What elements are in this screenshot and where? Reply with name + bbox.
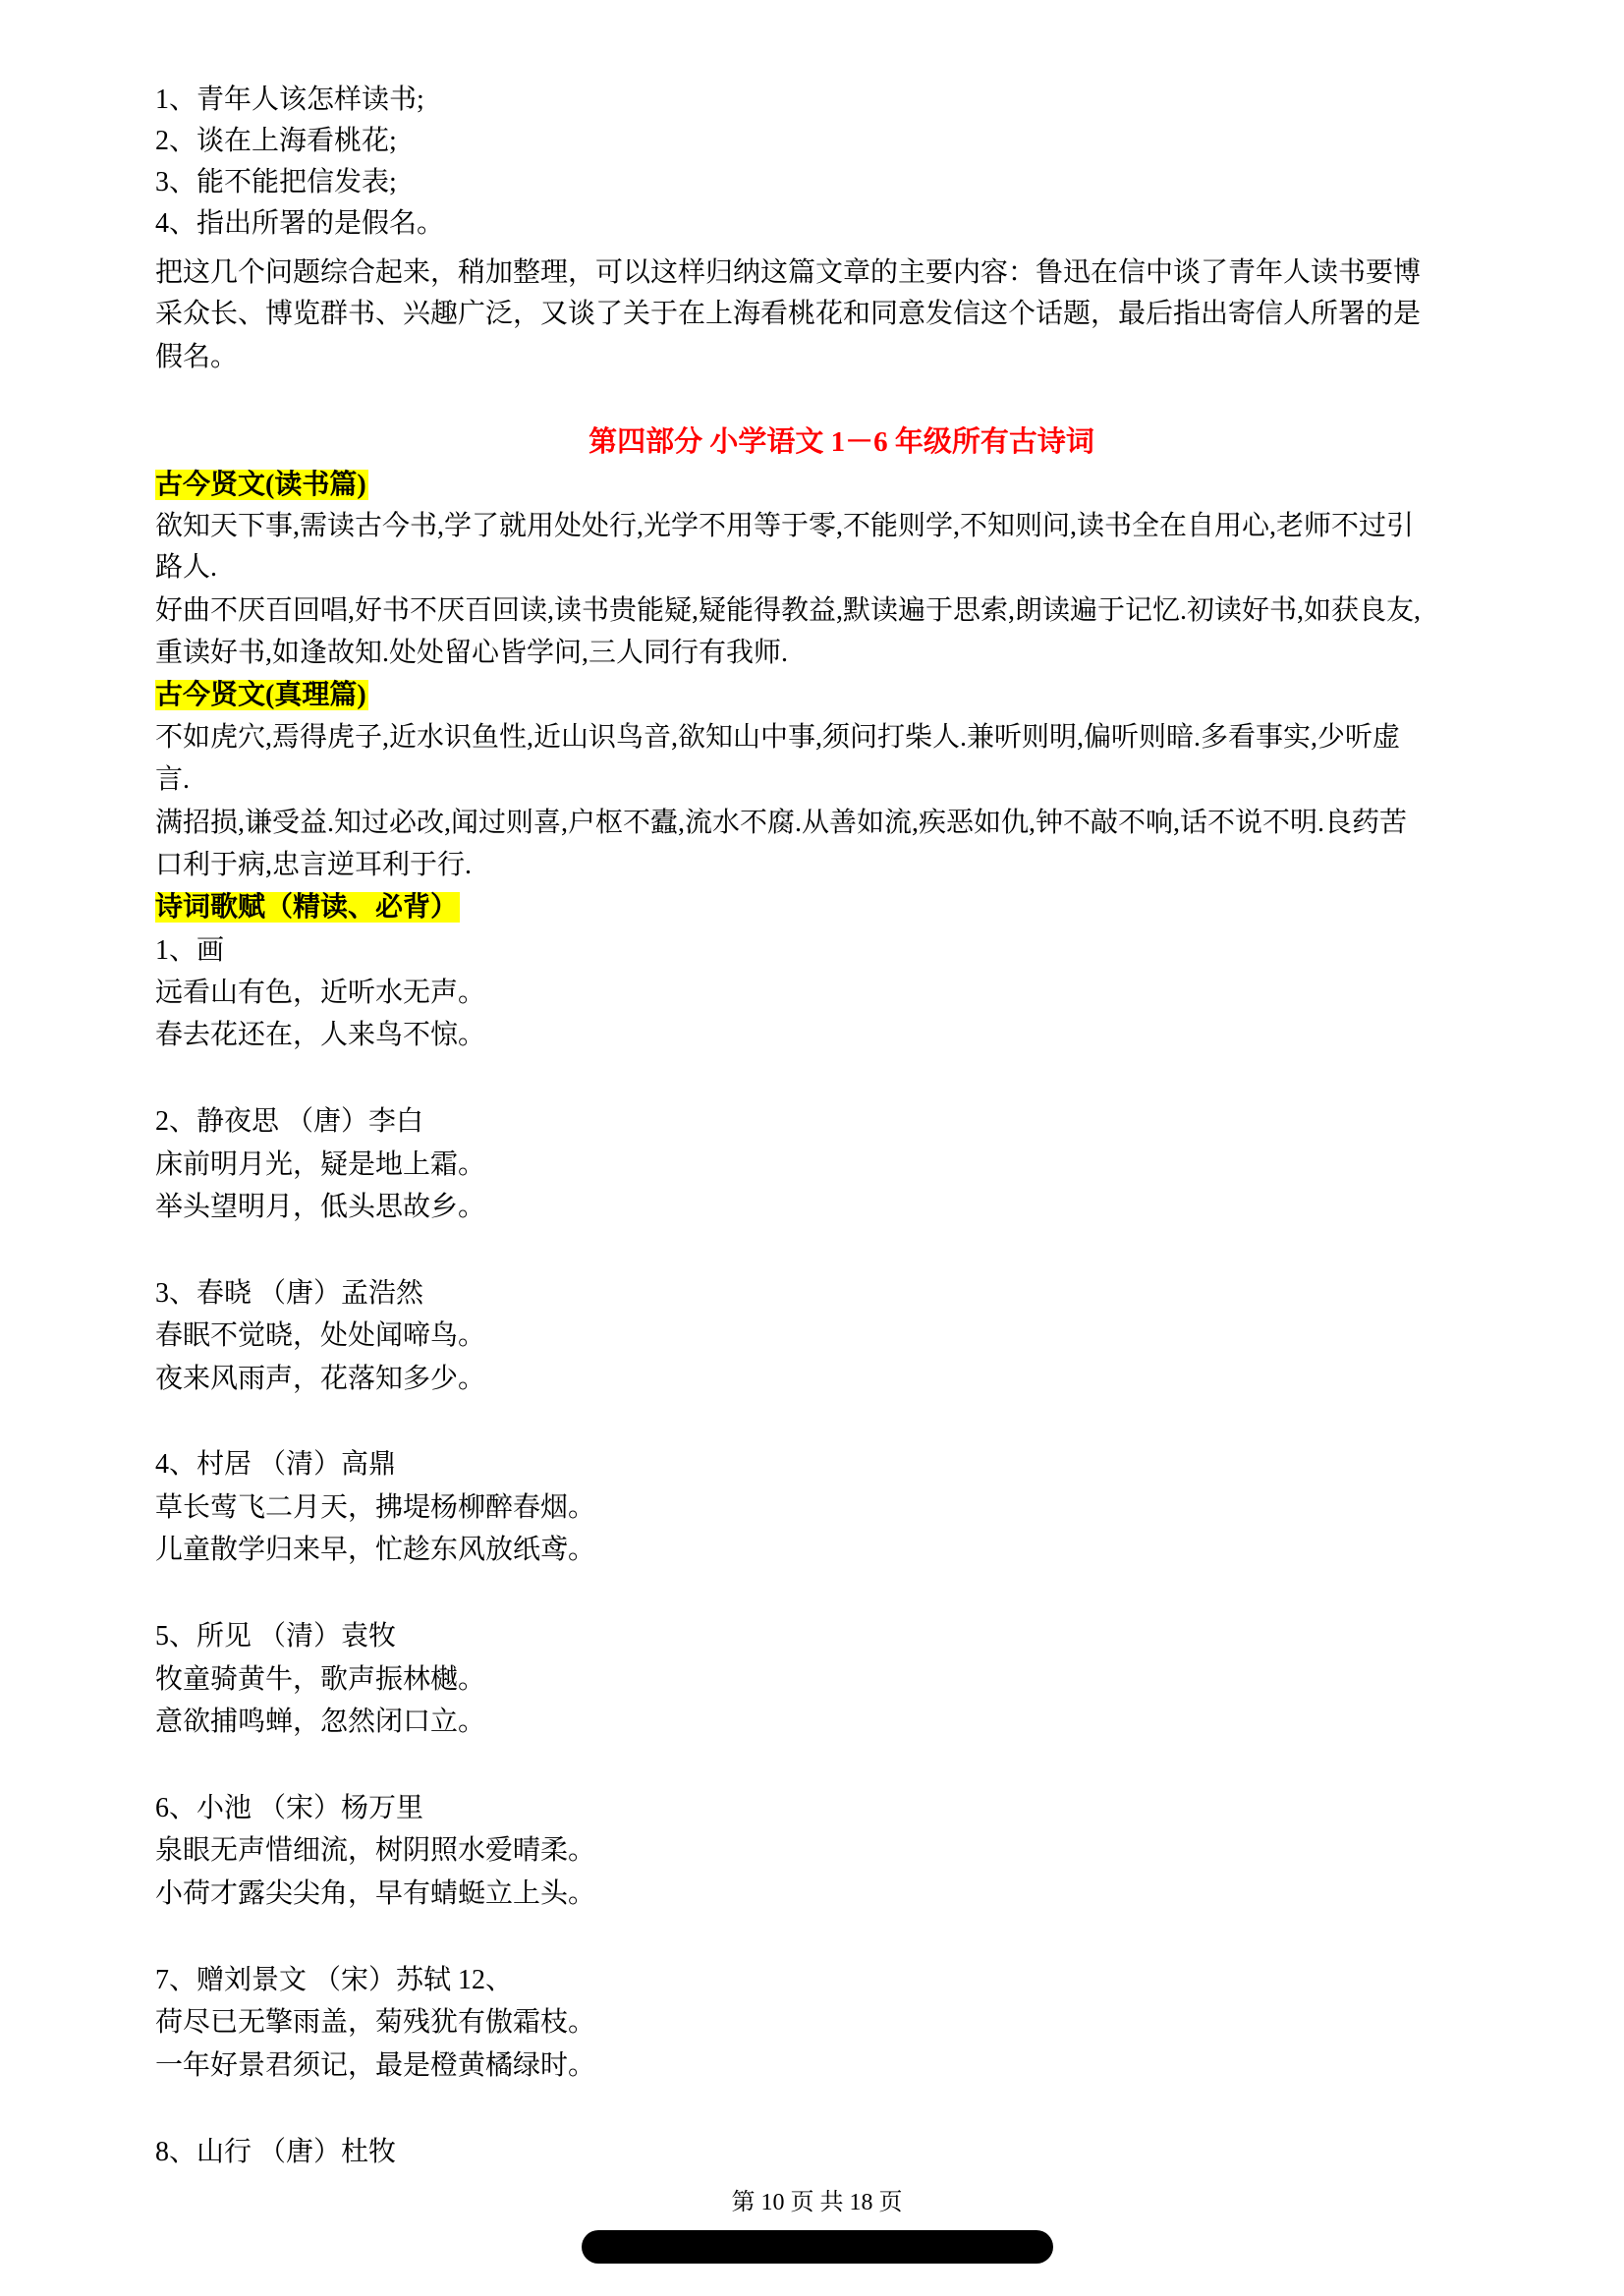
highlighted-heading: 诗词歌赋（精读、必背）	[155, 892, 460, 923]
summary-line: 假名。	[155, 338, 238, 377]
page-number: 第 10 页 共 18 页	[0, 2187, 1624, 2218]
poem-title: 8、山行 （唐）杜牧	[155, 2133, 396, 2172]
redaction-bar	[582, 2230, 1053, 2264]
intro-item: 1、青年人该怎样读书;	[155, 81, 424, 120]
poems-heading: 诗词歌赋（精读、必背）	[155, 888, 460, 927]
poem-line: 泉眼无声惜细流，树阴照水爱晴柔。	[155, 1831, 595, 1871]
document-page: 1、青年人该怎样读书; 2、谈在上海看桃花; 3、能不能把信发表; 4、指出所署…	[0, 0, 1624, 2296]
poem-line: 儿童散学归来早，忙趁东风放纸鸢。	[155, 1531, 595, 1570]
poem-title: 4、村居 （清）高鼎	[155, 1445, 396, 1484]
reading-line: 路人.	[155, 548, 217, 588]
reading-heading: 古今贤文(读书篇)	[155, 466, 368, 505]
reading-line: 重读好书,如逢故知.处处留心皆学问,三人同行有我师.	[155, 634, 788, 673]
intro-item: 3、能不能把信发表;	[155, 163, 397, 202]
poem-title: 7、赠刘景文 （宋）苏轼 12、	[155, 1961, 513, 2000]
poem-title: 6、小池 （宋）杨万里	[155, 1789, 423, 1828]
poem-line: 远看山有色，近听水无声。	[155, 974, 485, 1013]
poem-line: 一年好景君须记，最是橙黄橘绿时。	[155, 2046, 595, 2086]
poem-line: 草长莺飞二月天，拂堤杨柳醉春烟。	[155, 1488, 595, 1528]
poem-line: 夜来风雨声，花落知多少。	[155, 1360, 485, 1399]
intro-item: 4、指出所署的是假名。	[155, 204, 444, 244]
truth-heading: 古今贤文(真理篇)	[155, 676, 368, 715]
poem-title: 3、春晓 （唐）孟浩然	[155, 1274, 423, 1314]
truth-line: 满招损,谦受益.知过必改,闻过则喜,户枢不蠹,流水不腐.从善如流,疾恶如仇,钟不…	[155, 804, 1407, 843]
poem-title: 2、静夜思 （唐）李白	[155, 1102, 423, 1142]
poem-title: 5、所见 （清）袁牧	[155, 1617, 396, 1656]
summary-line: 把这几个问题综合起来，稍加整理，可以这样归纳这篇文章的主要内容：鲁迅在信中谈了青…	[155, 253, 1421, 293]
truth-line: 不如虎穴,焉得虎子,近水识鱼性,近山识鸟音,欲知山中事,须问打柴人.兼听则明,偏…	[155, 718, 1400, 757]
highlighted-heading: 古今贤文(真理篇)	[155, 680, 368, 710]
poem-line: 春眠不觉晓，处处闻啼鸟。	[155, 1316, 485, 1356]
summary-line: 采众长、博览群书、兴趣广泛，又谈了关于在上海看桃花和同意发信这个话题，最后指出寄…	[155, 295, 1421, 334]
reading-line: 欲知天下事,需读古今书,学了就用处处行,光学不用等于零,不能则学,不知则问,读书…	[155, 507, 1414, 546]
section-title: 第四部分 小学语文 1－6 年级所有古诗词	[0, 422, 1624, 462]
truth-line: 言.	[155, 760, 190, 800]
truth-line: 口利于病,忠言逆耳利于行.	[155, 846, 472, 885]
poem-line: 意欲捕鸣蝉，忽然闭口立。	[155, 1703, 485, 1742]
poem-line: 小荷才露尖尖角，早有蜻蜓立上头。	[155, 1875, 595, 1914]
poem-line: 举头望明月，低头思故乡。	[155, 1188, 485, 1227]
poem-line: 春去花还在，人来鸟不惊。	[155, 1016, 485, 1055]
poem-title: 1、画	[155, 931, 224, 971]
poem-line: 荷尽已无擎雨盖，菊残犹有傲霜枝。	[155, 2003, 595, 2043]
intro-item: 2、谈在上海看桃花;	[155, 122, 397, 161]
highlighted-heading: 古今贤文(读书篇)	[155, 470, 368, 500]
poem-line: 牧童骑黄牛，歌声振林樾。	[155, 1660, 485, 1700]
reading-line: 好曲不厌百回唱,好书不厌百回读,读书贵能疑,疑能得教益,默读遍于思索,朗读遍于记…	[155, 591, 1421, 631]
poem-line: 床前明月光，疑是地上霜。	[155, 1146, 485, 1185]
